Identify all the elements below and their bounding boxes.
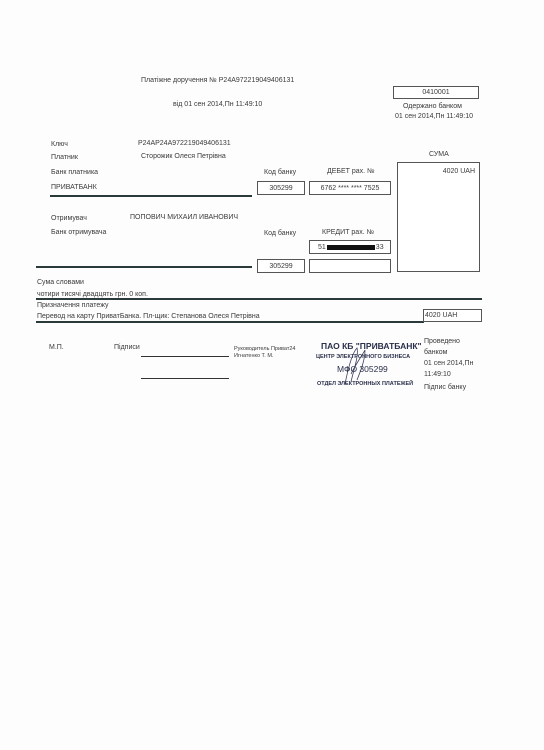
form-code-box: 0410001 (393, 86, 479, 99)
key-value: P24AP24A972219049406131 (138, 140, 231, 147)
purpose-label: Призначення платежу (37, 302, 108, 309)
purpose-value: Перевод на карту ПриватБанка. Пл-щик: Ст… (37, 313, 260, 320)
recipient-bank-underline (36, 266, 252, 268)
signature-line-2 (141, 378, 229, 379)
payer-bank-code-label: Код банку (264, 169, 296, 176)
payer-bank-underline (50, 195, 252, 197)
credit-account-redaction (327, 245, 375, 250)
purpose-amount: 4020 UAH (425, 312, 457, 319)
payer-label: Платник (51, 154, 78, 161)
processed-line-1: Проведено (424, 338, 460, 345)
signatures-label: Підписи (114, 344, 140, 351)
received-date: 01 сен 2014,Пн 11:49:10 (395, 113, 473, 120)
bank-signature-label: Підпис банку (424, 384, 466, 391)
credit-account-start: 51 (318, 244, 326, 251)
recipient-bank-label: Банк отримувача (51, 229, 106, 236)
payer-bank-label: Банк платника (51, 169, 98, 176)
processed-line-4: 11:49:10 (424, 371, 451, 378)
payer-bank-value: ПРИВАТБАНК (51, 184, 97, 191)
payer-bank-code-box: 305299 (257, 181, 305, 195)
received-label: Одержано банком (403, 103, 462, 110)
debit-label: ДЕБЕТ рах. № (327, 168, 375, 175)
key-label: Ключ (51, 141, 68, 148)
credit-account-end: 33 (376, 244, 384, 251)
sum-words-value: чотири тисячі двадцять грн. 0 коп. (37, 291, 148, 298)
sum-label: СУМА (429, 151, 449, 158)
document-date: від 01 сен 2014,Пн 11:49:10 (173, 101, 262, 108)
credit-account-box: 51 33 (309, 240, 391, 254)
sum-value: 4020 UAH (443, 168, 475, 175)
sum-words-label: Сума словами (37, 279, 84, 286)
recipient-value: ПОПОВИЧ МИХАИЛ ИВАНОВИЧ (130, 214, 238, 221)
recipient-bank-code-box: 305299 (257, 259, 305, 273)
sum-box: 4020 UAH (397, 162, 480, 272)
recipient-extra-box (309, 259, 391, 273)
manager-title: Руководитель Приват24 (234, 347, 295, 353)
manager-name: Игнатенко Т. М. (234, 354, 273, 360)
recipient-label: Отримувач (51, 215, 87, 222)
processed-line-2: банком (424, 349, 447, 356)
payer-value: Сторожик Олеся Петрівна (141, 153, 226, 160)
handwritten-signature (335, 344, 375, 389)
credit-label: КРЕДИТ рах. № (322, 229, 374, 236)
purpose-amount-box: 4020 UAH (423, 309, 482, 322)
purpose-underline (36, 321, 424, 323)
processed-line-3: 01 сен 2014,Пн (424, 360, 473, 367)
debit-account-box: 6762 **** **** 7525 (309, 181, 391, 195)
mp-label: М.П. (49, 344, 64, 351)
document-title: Платіжне доручення № P24A972219049406131 (141, 77, 294, 84)
sum-words-underline (36, 298, 482, 300)
recipient-bank-code-label: Код банку (264, 230, 296, 237)
signature-line-1 (141, 356, 229, 357)
